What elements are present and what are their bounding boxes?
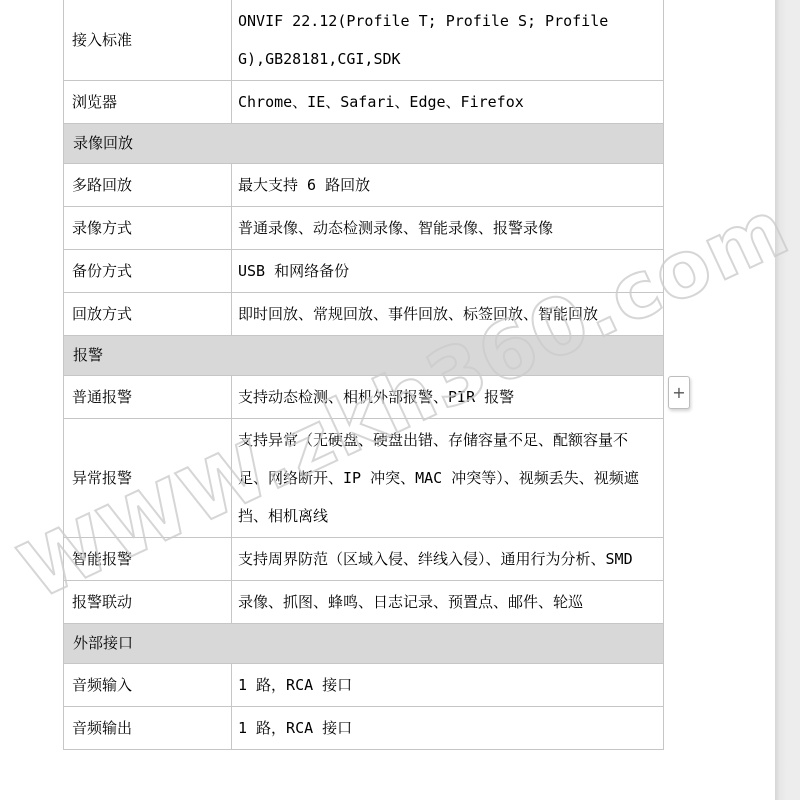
- section-title: 报警: [64, 336, 663, 375]
- spec-value: Chrome、IE、Safari、Edge、Firefox: [232, 81, 663, 123]
- spec-value: 最大支持 6 路回放: [232, 164, 663, 206]
- spec-table: 接入标准ONVIF 22.12(Profile T; Profile S; Pr…: [63, 0, 664, 750]
- spec-value-text: 普通录像、动态检测录像、智能录像、报警录像: [238, 209, 553, 247]
- spec-row: 音频输入1 路，RCA 接口: [64, 664, 663, 707]
- spec-value-text: 支持周界防范（区域入侵、绊线入侵）、通用行为分析、SMD: [238, 540, 633, 578]
- spec-value: 支持周界防范（区域入侵、绊线入侵）、通用行为分析、SMD: [232, 538, 663, 580]
- spec-label: 备份方式: [64, 250, 232, 292]
- spec-value-text: 支持异常（无硬盘、硬盘出错、存储容量不足、配额容量不足、网络断开、IP 冲突、M…: [238, 421, 655, 535]
- spec-label: 普通报警: [64, 376, 232, 418]
- spec-row: 音频输出1 路，RCA 接口: [64, 707, 663, 750]
- spec-row: 普通报警支持动态检测、相机外部报警、PIR 报警: [64, 376, 663, 419]
- spec-row: 回放方式即时回放、常规回放、事件回放、标签回放、智能回放: [64, 293, 663, 336]
- spec-row: 浏览器Chrome、IE、Safari、Edge、Firefox: [64, 81, 663, 124]
- spec-value: 支持动态检测、相机外部报警、PIR 报警: [232, 376, 663, 418]
- spec-value-text: ONVIF 22.12(Profile T; Profile S; Profil…: [238, 2, 655, 78]
- spec-label: 智能报警: [64, 538, 232, 580]
- spec-label: 浏览器: [64, 81, 232, 123]
- spec-label: 录像方式: [64, 207, 232, 249]
- spec-value-text: 录像、抓图、蜂鸣、日志记录、预置点、邮件、轮巡: [238, 583, 583, 621]
- spec-label: 多路回放: [64, 164, 232, 206]
- spec-value-text: 1 路，RCA 接口: [238, 709, 352, 747]
- spec-value: 1 路，RCA 接口: [232, 664, 663, 706]
- spec-label: 报警联动: [64, 581, 232, 623]
- section-header-row: 录像回放: [64, 124, 663, 164]
- spec-value: ONVIF 22.12(Profile T; Profile S; Profil…: [232, 0, 663, 80]
- spec-value: 支持异常（无硬盘、硬盘出错、存储容量不足、配额容量不足、网络断开、IP 冲突、M…: [232, 419, 663, 537]
- spec-value: 即时回放、常规回放、事件回放、标签回放、智能回放: [232, 293, 663, 335]
- page-edge-shadow: [775, 0, 800, 800]
- page: 接入标准ONVIF 22.12(Profile T; Profile S; Pr…: [0, 0, 800, 800]
- expand-button[interactable]: +: [668, 376, 690, 409]
- spec-label: 异常报警: [64, 419, 232, 537]
- spec-label: 音频输出: [64, 707, 232, 749]
- spec-value: 录像、抓图、蜂鸣、日志记录、预置点、邮件、轮巡: [232, 581, 663, 623]
- section-title: 录像回放: [64, 124, 663, 163]
- spec-value-text: 即时回放、常规回放、事件回放、标签回放、智能回放: [238, 295, 598, 333]
- spec-row: 异常报警支持异常（无硬盘、硬盘出错、存储容量不足、配额容量不足、网络断开、IP …: [64, 419, 663, 538]
- spec-value: 1 路，RCA 接口: [232, 707, 663, 749]
- section-header-row: 报警: [64, 336, 663, 376]
- spec-value-text: USB 和网络备份: [238, 252, 349, 290]
- spec-row: 智能报警支持周界防范（区域入侵、绊线入侵）、通用行为分析、SMD: [64, 538, 663, 581]
- spec-value-text: 最大支持 6 路回放: [238, 166, 370, 204]
- spec-row: 报警联动录像、抓图、蜂鸣、日志记录、预置点、邮件、轮巡: [64, 581, 663, 624]
- spec-label: 回放方式: [64, 293, 232, 335]
- spec-label: 音频输入: [64, 664, 232, 706]
- spec-value-text: 1 路，RCA 接口: [238, 666, 352, 704]
- spec-value: 普通录像、动态检测录像、智能录像、报警录像: [232, 207, 663, 249]
- spec-label: 接入标准: [64, 0, 232, 80]
- spec-value-text: Chrome、IE、Safari、Edge、Firefox: [238, 83, 524, 121]
- spec-row: 多路回放最大支持 6 路回放: [64, 164, 663, 207]
- section-header-row: 外部接口: [64, 624, 663, 664]
- spec-row: 接入标准ONVIF 22.12(Profile T; Profile S; Pr…: [64, 0, 663, 81]
- spec-row: 备份方式USB 和网络备份: [64, 250, 663, 293]
- section-title: 外部接口: [64, 624, 663, 663]
- spec-value-text: 支持动态检测、相机外部报警、PIR 报警: [238, 378, 514, 416]
- spec-row: 录像方式普通录像、动态检测录像、智能录像、报警录像: [64, 207, 663, 250]
- spec-value: USB 和网络备份: [232, 250, 663, 292]
